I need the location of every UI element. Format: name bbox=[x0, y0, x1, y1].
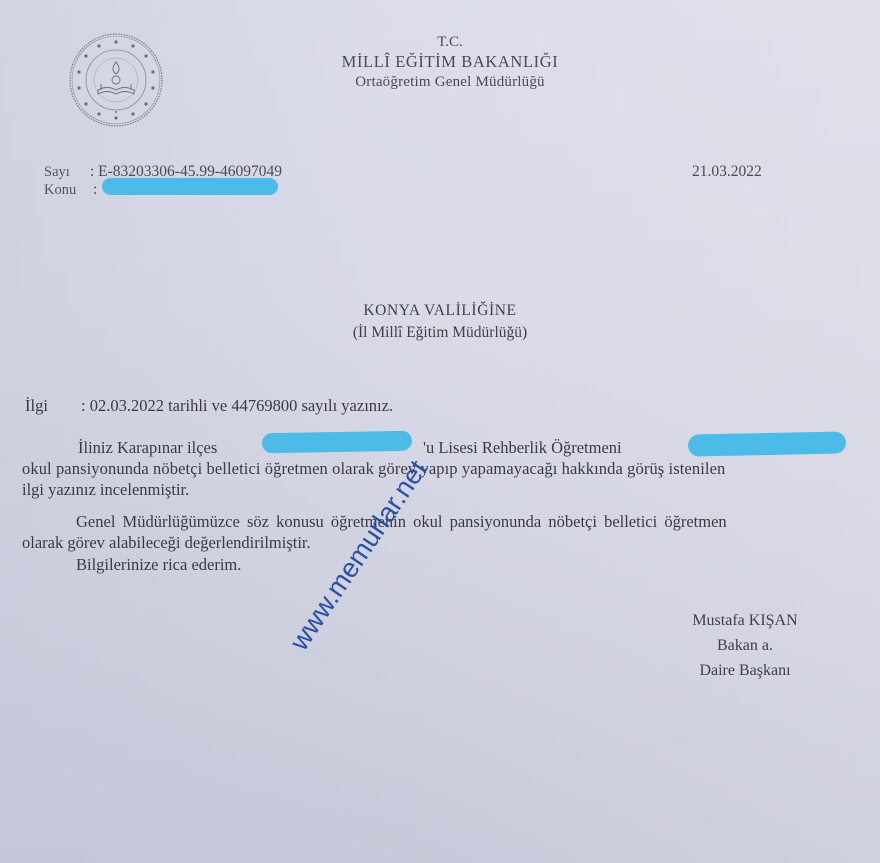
directorate-name: Ortaöğretim Genel Müdürlüğü bbox=[300, 74, 600, 91]
subject-label: Konu bbox=[44, 182, 76, 199]
addressee-line-2: (İl Millî Eğitim Müdürlüğü) bbox=[280, 324, 600, 342]
signatory-title: Daire Başkanı bbox=[650, 662, 840, 680]
body-p1-line1-start: İliniz Karapınar ilçes bbox=[78, 438, 217, 458]
number-label: Sayı bbox=[44, 164, 70, 181]
watermark-text: www.memurlar.net bbox=[286, 456, 433, 655]
body-p1-line2: okul pansiyonunda nöbetçi belletici öğre… bbox=[22, 459, 725, 479]
redaction-subject bbox=[102, 178, 278, 195]
country-header: T.C. bbox=[300, 34, 600, 51]
body-p2-line2: olarak görev alabileceği değerlendirilmi… bbox=[22, 533, 311, 553]
document-date: 21.03.2022 bbox=[692, 163, 762, 181]
ministry-seal-icon bbox=[68, 32, 164, 128]
signatory-name: Mustafa KIŞAN bbox=[650, 612, 840, 630]
ministry-name: MİLLÎ EĞİTİM BAKANLIĞI bbox=[300, 52, 600, 72]
subject-value: : bbox=[93, 181, 97, 199]
body-p3: Bilgilerinize rica ederim. bbox=[76, 555, 241, 575]
redaction-teacher-name bbox=[688, 431, 846, 456]
reference-label: İlgi bbox=[25, 396, 48, 416]
body-p1-line1-end: 'u Lisesi Rehberlik Öğretmeni bbox=[423, 438, 622, 458]
paper-shading bbox=[0, 0, 880, 863]
addressee-line-1: KONYA VALİLİĞİNE bbox=[280, 302, 600, 320]
reference-value: : 02.03.2022 tarihli ve 44769800 sayılı … bbox=[81, 396, 393, 416]
signatory-on-behalf: Bakan a. bbox=[650, 637, 840, 655]
body-p1-line3: ilgi yazınız incelenmiştir. bbox=[22, 480, 189, 500]
redaction-school-name bbox=[262, 431, 412, 454]
